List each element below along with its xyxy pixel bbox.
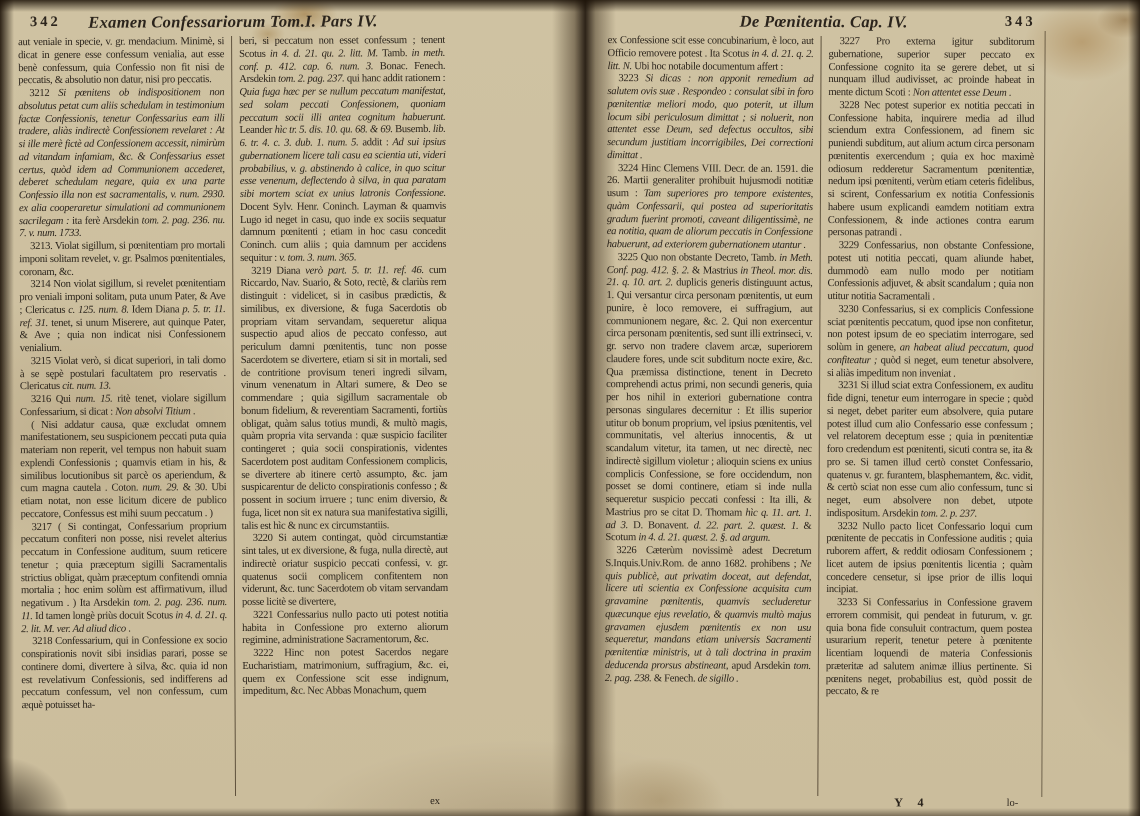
text-segment: addit : bbox=[358, 137, 392, 148]
text-segment: 3215 Violat verò, si dicat superiori, in… bbox=[20, 355, 226, 393]
paragraph: aut veniale in specie, v. gr. mendacium.… bbox=[18, 36, 224, 88]
italic-text-segment: num. 29. bbox=[142, 483, 178, 494]
text-segment: Tamb. bbox=[378, 48, 412, 59]
italic-text-segment: de sigillo . bbox=[698, 673, 739, 684]
page-343: De Pœnitentia. Cap. IV. 343 ex Confessio… bbox=[604, 5, 1040, 813]
italic-text-segment: in 4. d. 21. qu. 2. litt. M. bbox=[270, 48, 378, 60]
text-segment: 3219 Diana bbox=[251, 265, 305, 276]
paragraph: 3213. Violat sigillum, si pœnitentiam pr… bbox=[19, 240, 225, 279]
text-segment: 3216 Qui bbox=[31, 394, 76, 405]
catchword-right: lo- bbox=[1007, 798, 1019, 809]
italic-text-segment: verò part. 5. tr. 11. ref. 46. bbox=[305, 265, 424, 277]
text-columns-right: ex Confessione scit esse concubinarium, … bbox=[604, 35, 1034, 797]
italic-text-segment: Non attentet esse Deum bbox=[913, 87, 1007, 98]
paragraph: 3228 Nec potest superior ex notitia pecc… bbox=[828, 100, 1035, 241]
paragraph: 3224 Hinc Clemens VIII. Decr. de an. 159… bbox=[607, 163, 813, 253]
italic-text-segment: Si pœnitens ob indispositionem non absol… bbox=[18, 87, 225, 227]
paragraph: 3219 Diana verò part. 5. tr. 11. ref. 46… bbox=[240, 264, 447, 533]
paragraph: 3223 Si dicas : non apponit remedium ad … bbox=[607, 73, 813, 163]
text-segment: aut veniale in specie, v. gr. mendacium.… bbox=[18, 36, 224, 86]
column-2: beri, si peccatum non esset confessum ; … bbox=[239, 35, 449, 790]
text-segment: 3218 Confessarium, qui in Confessione ex… bbox=[21, 635, 227, 711]
text-segment: tenet, si unum Miserere, aut quinque Pat… bbox=[20, 317, 226, 355]
page-edge-right bbox=[1128, 0, 1140, 816]
text-columns-left: aut veniale in specie, v. gr. mendacium.… bbox=[18, 35, 449, 797]
text-segment: 3212 bbox=[29, 88, 58, 99]
text-segment: 3232 Nullo pacto licet Confessario loqui… bbox=[826, 521, 1032, 596]
italic-text-segment: hìc tr. 5. dis. 10. qu. 68. & 69. bbox=[275, 124, 393, 136]
paragraph: 3230 Confessarius, si ex complicis Confe… bbox=[827, 304, 1033, 381]
margin-rule bbox=[1041, 31, 1045, 797]
italic-text-segment: num. 15. bbox=[76, 394, 113, 405]
italic-text-segment: v. tom. 3. num. 365. bbox=[279, 252, 356, 263]
catchword-left: ex bbox=[430, 796, 440, 807]
text-segment: 3233 Si Confessarius in Confessione grav… bbox=[826, 597, 1032, 697]
running-head-right: De Pœnitentia. Cap. IV. 343 bbox=[608, 11, 1040, 35]
paragraph: 3218 Confessarium, qui in Confessione ex… bbox=[21, 635, 227, 713]
paragraph: beri, si peccatum non esset confessum ; … bbox=[239, 35, 446, 266]
paragraph: 3214 Non violat sigillum, si revelet pœn… bbox=[19, 278, 225, 356]
italic-text-segment: d. 22. part. 2. quæst. 1. bbox=[694, 520, 799, 531]
italic-text-segment: tom. 2. pag. 237. bbox=[278, 74, 344, 85]
paragraph: 3212 Si pœnitens ob indispositionem non … bbox=[18, 87, 225, 241]
text-segment: Leander bbox=[240, 125, 275, 136]
paragraph: ex Confessione scit esse concubinarium, … bbox=[607, 35, 813, 74]
page-edge-left bbox=[0, 0, 14, 816]
paragraph: 3221 Confessarius nullo pacto uti potest… bbox=[242, 609, 448, 648]
running-title-right: De Pœnitentia. Cap. IV. bbox=[608, 11, 1040, 33]
paragraph: 3227 Pro externa igitur subditorum guber… bbox=[828, 36, 1034, 101]
text-segment: duplicis generis distinguunt actus, 1. Q… bbox=[606, 278, 813, 519]
paragraph: 3232 Nullo pacto licet Confessario loqui… bbox=[826, 521, 1032, 598]
text-segment: Busemb. bbox=[393, 124, 433, 135]
text-segment: Ubi hoc notabile documentum affert : bbox=[632, 61, 783, 73]
text-segment: 3213. Violat sigillum, si pœnitentiam pr… bbox=[19, 240, 225, 278]
text-segment: . bbox=[126, 623, 131, 634]
italic-text-segment: Si dicas : non apponit remedium ad salut… bbox=[607, 73, 813, 160]
column-4: 3227 Pro externa igitur subditorum guber… bbox=[825, 36, 1034, 791]
italic-text-segment: cit. num. 13. bbox=[62, 381, 111, 392]
paragraph: 3216 Qui num. 15. ritè tenet, violare si… bbox=[20, 393, 226, 420]
text-segment: & Fenech. bbox=[652, 673, 698, 684]
paragraph: 3233 Si Confessarius in Confessione grav… bbox=[826, 597, 1032, 700]
signature-mark: Y 4 bbox=[894, 795, 929, 810]
paragraph: ( Nisi addatur causa, quæ excludat omnem… bbox=[20, 419, 227, 522]
text-segment: cum Riccardo, Nav. Suario, & Soto, rectè… bbox=[240, 264, 447, 531]
text-segment: . bbox=[1006, 88, 1011, 99]
text-segment: 3217 ( Si contingat, Confessarium propri… bbox=[21, 521, 227, 610]
italic-text-segment: in 4. d. 21. quæst. 2. §. ad argum. bbox=[638, 532, 770, 544]
paragraph: 3225 Quo non obstante Decreto, Tamb. in … bbox=[605, 252, 812, 546]
text-segment: D. Bonavent. bbox=[628, 520, 694, 531]
column-rule bbox=[231, 36, 236, 796]
text-segment: 3221 Confessarius nullo pacto uti potest… bbox=[242, 609, 448, 647]
paragraph: 3222 Hinc non potest Sacerdos negare Euc… bbox=[242, 647, 448, 699]
text-segment: 3228 Nec potest superior ex notitia pecc… bbox=[828, 100, 1035, 239]
page-number-right: 343 bbox=[1005, 14, 1036, 31]
text-segment: 3223 bbox=[618, 73, 645, 84]
text-segment: & Mastrius bbox=[689, 265, 740, 276]
text-segment: 3229 Confessarius, non obstante Confessi… bbox=[827, 240, 1033, 302]
italic-text-segment: tom. 2. p. 237. bbox=[921, 508, 977, 519]
text-segment: ita ferè Arsdekin bbox=[72, 215, 142, 226]
paragraph: 3229 Confessarius, non obstante Confessi… bbox=[827, 240, 1033, 305]
book-spread: 342 Examen Confessariorum Tom.I. Pars IV… bbox=[0, 0, 1140, 816]
column-1: aut veniale in specie, v. gr. mendacium.… bbox=[18, 36, 228, 791]
text-segment: 3231 Si illud sciat extra Confessionem, … bbox=[827, 380, 1034, 519]
column-3: ex Confessione scit esse concubinarium, … bbox=[604, 35, 813, 790]
running-head-left: 342 Examen Confessariorum Tom.I. Pars IV… bbox=[18, 11, 448, 35]
italic-text-segment: Quia fuga hæc per se nullum peccatum man… bbox=[239, 86, 445, 124]
text-segment: 3222 Hinc non potest Sacerdos negare Euc… bbox=[242, 647, 448, 697]
paragraph: 3231 Si illud sciat extra Confessionem, … bbox=[827, 380, 1034, 521]
italic-text-segment: c. 125. num. 8. bbox=[68, 304, 128, 315]
paragraph: 3217 ( Si contingat, Confessarium propri… bbox=[21, 521, 228, 637]
text-segment: 3225 Quo non obstante Decreto, Tamb. bbox=[618, 252, 780, 264]
text-segment: 3226 Cæterùm novissimè adest Decretum S.… bbox=[605, 545, 811, 570]
paragraph: 3220 Si autem contingat, quòd circumstan… bbox=[242, 532, 448, 610]
text-segment: 3220 Si autem contingat, quòd circumstan… bbox=[242, 532, 448, 608]
column-rule bbox=[817, 36, 821, 796]
paragraph: 3226 Cæterùm novissimè adest Decretum S.… bbox=[605, 545, 812, 686]
paragraph: 3215 Violat verò, si dicat superiori, in… bbox=[20, 355, 226, 394]
italic-text-segment: Ne quis publicè, aut privatim doceat, au… bbox=[605, 559, 811, 672]
text-segment: . bbox=[190, 406, 195, 417]
text-segment: Idem Diana bbox=[129, 304, 183, 315]
italic-text-segment: Non absolvi Titium bbox=[115, 406, 190, 417]
running-title-left: Examen Confessariorum Tom.I. Pars IV. bbox=[18, 11, 448, 33]
text-segment: apud Arsdekin bbox=[728, 660, 793, 671]
page-342: 342 Examen Confessariorum Tom.I. Pars IV… bbox=[18, 5, 452, 813]
text-segment: qui hanc addit rationem : bbox=[344, 73, 445, 85]
text-segment: Id tamen longè priùs docuit Scotus bbox=[33, 610, 176, 622]
